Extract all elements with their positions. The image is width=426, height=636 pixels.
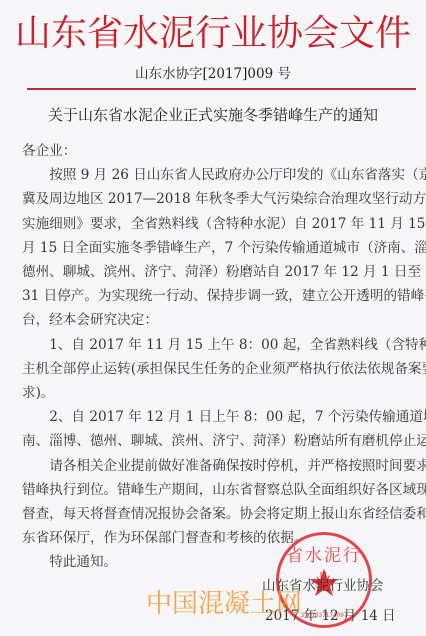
text-line: 南、淄博、德州、聊城、滨州、济宁、菏泽）粉磨站所有磨机停止运转。 xyxy=(22,429,410,453)
salutation: 各企业： xyxy=(22,139,410,163)
item-2: 2、自 2017 年 12 月 1 日上午 8：00 起，7 个污染传输通道城市… xyxy=(22,405,410,453)
text-line: 错峰执行到位。错峰生产期间，山东省督察总队全面组织好各区域现场 xyxy=(22,478,410,502)
text-line: 实施细则》要求，全省熟料线（含特种水泥）自 2017 年 11 月 15—3 xyxy=(22,212,410,236)
org-title: 山东省水泥行业协会文件 xyxy=(0,14,426,54)
text-line: 主机全部停止运转(承担保民生任务的企业须严格执行依法依规备案要 xyxy=(22,357,410,381)
text-line: 按照 9 月 26 日山东省人民政府办公厅印发的《山东省落实（京津 xyxy=(22,163,410,187)
text-line: 德州、聊城、滨州、济宁、菏泽）粉磨站自 2017 年 12 月 1 日至 1 月 xyxy=(22,260,410,284)
red-divider xyxy=(27,88,416,90)
text-line: 冀及周边地区 2017—2018 年秋冬季大气污染综合治理攻坚行动方案） xyxy=(22,187,410,211)
text-line: 1、自 2017 年 11 月 15 上午 8：00 起，全省熟料线（含特种水泥… xyxy=(22,333,410,357)
paragraph-1: 按照 9 月 26 日山东省人民政府办公厅印发的《山东省落实（京津 冀及周边地区… xyxy=(22,163,410,332)
document-title: 关于山东省水泥企业正式实施冬季错峰生产的通知 xyxy=(0,106,426,124)
text-line: 请各相关企业提前做好准备确保按时停机，并严格按照时间要求将 xyxy=(22,454,410,478)
document-body: 各企业： 按照 9 月 26 日山东省人民政府办公厅印发的《山东省落实（京津 冀… xyxy=(22,139,410,575)
paragraph-3: 请各相关企业提前做好准备确保按时停机，并严格按照时间要求将 错峰执行到位。错峰生… xyxy=(22,454,410,551)
text-line: 2、自 2017 年 12 月 1 日上午 8：00 起，7 个污染传输通道城市… xyxy=(22,405,410,429)
text-line: 31 日停产。为实现统一行动、保持步调一致，建立公开透明的错峰平 xyxy=(22,284,410,308)
text-line: 月 15 日全面实施冬季错峰生产，7 个污染传输通道城市（济南、淄博、 xyxy=(22,236,410,260)
text-line: 台，经本会研究决定： xyxy=(22,308,410,332)
doc-number: 山东水协字[2017]009 号 xyxy=(0,66,426,82)
watermark: 中国混凝土网 xyxy=(146,588,302,620)
text-line: 督查，每天将督查情况报协会备案。协会将定期上报山东省经信委和山 xyxy=(22,502,410,526)
text-line: 求)。 xyxy=(22,381,410,405)
item-1: 1、自 2017 年 11 月 15 上午 8：00 起，全省熟料线（含特种水泥… xyxy=(22,333,410,406)
